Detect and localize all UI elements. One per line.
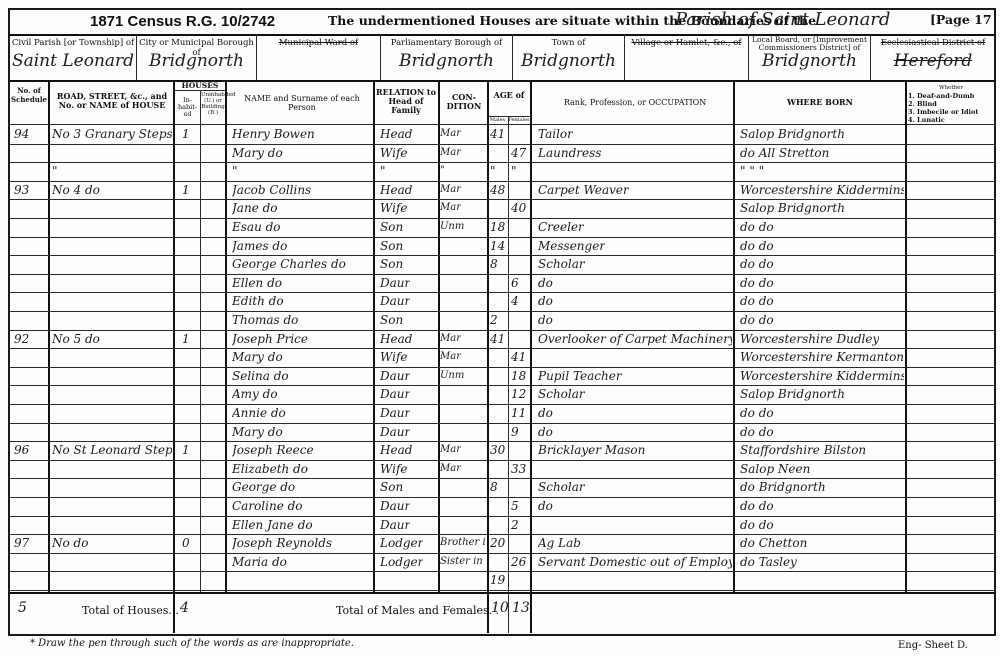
cell-born: Worcestershire Kermanton	[740, 347, 904, 367]
cell-relation: Wife	[380, 347, 408, 367]
cell-occupation: do	[538, 291, 553, 311]
cell-born: " " "	[740, 161, 764, 181]
boundary-label: Ecclesiastical District of	[871, 38, 995, 48]
parish-value: Parish of Saint Leonard	[675, 9, 890, 30]
cell-relation: Daur	[380, 496, 410, 516]
cell-relation: Lodger	[380, 552, 423, 572]
cell-born: Salop Bridgnorth	[740, 124, 845, 144]
total-schedules: 5	[18, 600, 27, 616]
boundary-label: Civil Parish [or Township] of	[10, 38, 136, 48]
cell-male-age: 30	[490, 440, 505, 460]
cell-occupation: Carpet Weaver	[538, 180, 629, 200]
cell-condition: Sister in Law	[440, 552, 486, 572]
cell-male-age: 48	[490, 180, 505, 200]
cell-born: do Bridgnorth	[740, 477, 826, 497]
cell-condition: Mar	[440, 329, 461, 349]
cell-schedule: 94	[14, 124, 29, 144]
cell-schedule: 97	[14, 533, 29, 553]
cell-name: Elizabeth do	[232, 459, 308, 479]
cell-born: Worcestershire Dudley	[740, 329, 879, 349]
cell-relation: Daur	[380, 422, 410, 442]
cell-name: Mary do	[232, 347, 283, 367]
cell-male-age: 18	[490, 217, 505, 237]
cell-name: George do	[232, 477, 295, 497]
cell-female-age: 6	[511, 273, 519, 293]
cell-female-age: 18	[511, 366, 526, 386]
cell-female-age: 4	[511, 291, 519, 311]
boundary-ward: Municipal Ward of	[257, 38, 380, 80]
cell-occupation: Ag Lab	[538, 533, 581, 553]
col-header-age: AGE of	[488, 91, 530, 100]
cell-occupation: Scholar	[538, 477, 585, 497]
cell-relation: Daur	[380, 291, 410, 311]
col-header-females: Females	[508, 117, 530, 124]
cell-male-age: 8	[490, 254, 498, 274]
cell-relation: Head	[380, 124, 412, 144]
cell-relation: Daur	[380, 366, 410, 386]
col-header-houses: HOUSES	[175, 81, 225, 90]
cell-name: Caroline do	[232, 496, 303, 516]
cell-female-age: 5	[511, 496, 519, 516]
cell-name: Mary do	[232, 143, 283, 163]
cell-occupation: Messenger	[538, 236, 605, 256]
row-rule	[10, 423, 994, 424]
col-header-males: Males	[487, 117, 508, 124]
cell-road: No St Leonard Steps	[52, 440, 172, 460]
cell-condition: Mar	[440, 459, 461, 479]
total-persons-label: Total of Males and Females. .	[336, 604, 499, 617]
cell-name: Jane do	[232, 198, 278, 218]
col-header-uninhabited: Uninhabited (U.) or Building (B.)	[201, 92, 225, 116]
rule	[8, 80, 996, 82]
cell-condition: Mar	[440, 124, 461, 144]
row-rule	[10, 590, 994, 591]
row-rule	[10, 144, 994, 145]
cell-road: No 4 do	[52, 180, 100, 200]
cell-male-age: 41	[490, 329, 505, 349]
cell-name: Ellen do	[232, 273, 282, 293]
cell-condition: Unm	[440, 217, 464, 237]
total-houses-label: Total of Houses. .	[82, 604, 179, 617]
col-header-occupation: Rank, Profession, or OCCUPATION	[540, 98, 730, 107]
cell-female-age: 12	[511, 384, 526, 404]
boundary-local-board: Local Board, or [Improvement Commissione…	[749, 36, 870, 80]
boundary-borough: City or Municipal Borough of Bridgnorth	[137, 38, 256, 80]
cell-female-age: 26	[511, 552, 526, 572]
cell-road: No do	[52, 533, 88, 553]
row-rule	[10, 311, 994, 312]
cell-born: do do	[740, 496, 774, 516]
cell-female-age: 41	[511, 347, 526, 367]
cell-name: Joseph Reece	[232, 440, 314, 460]
cell-condition: Unm	[440, 366, 464, 386]
whether-title: Whether	[908, 84, 994, 92]
cell-relation: Wife	[380, 143, 408, 163]
cell-born: Worcestershire Kidderminster	[740, 366, 904, 386]
col-header-condition: CON-DITION	[442, 93, 486, 111]
cell-occupation: do	[538, 422, 553, 442]
cell-condition: Mar	[440, 198, 461, 218]
cell-relation: Son	[380, 217, 403, 237]
boundary-label: Municipal Ward of	[257, 38, 380, 48]
cell-road: No 3 Granary Steps	[52, 124, 172, 144]
row-rule	[10, 460, 994, 461]
row-rule	[10, 553, 994, 554]
cell-relation: Son	[380, 254, 403, 274]
row-rule	[10, 404, 994, 405]
row-rule	[10, 292, 994, 293]
boundary-label: Local Board, or [Improvement Commissione…	[749, 36, 870, 52]
cell-born: do do	[740, 291, 774, 311]
cell-name: Joseph Price	[232, 329, 308, 349]
col-header-whether: Whether 1. Deaf-and-Dumb 2. Blind 3. Imb…	[908, 84, 994, 124]
whether-item: 2. Blind	[908, 100, 994, 108]
cell-female-age: 9	[511, 422, 519, 442]
cell-born: do do	[740, 236, 774, 256]
cell-born: do do	[740, 403, 774, 423]
cell-inhabited: 1	[182, 124, 190, 144]
boundary-value: Bridgnorth	[749, 56, 870, 66]
boundary-ecclesiastical: Ecclesiastical District of Hereford	[871, 38, 995, 80]
cell-relation: Son	[380, 310, 403, 330]
boundary-value: Hereford	[871, 56, 995, 66]
cell-relation: "	[380, 161, 386, 181]
cell-occupation: Bricklayer Mason	[538, 440, 645, 460]
whether-item: 1. Deaf-and-Dumb	[908, 92, 994, 100]
cell-relation: Son	[380, 236, 403, 256]
cell-female-age: 47	[511, 143, 526, 163]
cell-female-age: 40	[511, 198, 526, 218]
cell-name: Maria do	[232, 552, 287, 572]
cell-condition: Brother in Law	[440, 533, 486, 553]
cell-name: James do	[232, 236, 287, 256]
cell-occupation: do	[538, 403, 553, 423]
cell-inhabited: 1	[182, 180, 190, 200]
cell-born: Salop Bridgnorth	[740, 198, 845, 218]
cell-name: Henry Bowen	[232, 124, 315, 144]
row-rule	[10, 516, 994, 517]
total-males: 10	[491, 600, 509, 616]
col-header-road: ROAD, STREET, &c., and No. or NAME of HO…	[52, 92, 172, 110]
cell-relation: Daur	[380, 273, 410, 293]
cell-relation: Daur	[380, 515, 410, 535]
rule	[8, 592, 996, 594]
boundary-civil-parish: Civil Parish [or Township] of Saint Leon…	[10, 38, 136, 80]
col-header-relation: RELATION to Head of Family	[376, 88, 436, 115]
cell-female-age: 11	[511, 403, 526, 423]
cell-name: Joseph Reynolds	[232, 533, 332, 553]
row-rule	[10, 162, 994, 163]
cell-condition: Mar	[440, 180, 461, 200]
cell-inhabited: 0	[182, 533, 190, 553]
cell-occupation: do	[538, 273, 553, 293]
cell-male-age: 19	[490, 570, 505, 590]
footer-note: * Draw the pen through such of the words…	[30, 638, 354, 649]
cell-born: do All Stretton	[740, 143, 829, 163]
boundary-village: Village or Hamlet, &c., of	[625, 38, 748, 80]
boundary-label: Parliamentary Borough of	[381, 38, 512, 48]
census-page: 1871 Census R.G. 10/2742 The undermentio…	[0, 0, 1000, 656]
cell-relation: Wife	[380, 459, 408, 479]
cell-name: "	[232, 161, 238, 181]
col-header-born: WHERE BORN	[740, 98, 900, 107]
cell-occupation: Scholar	[538, 384, 585, 404]
cell-road: No 5 do	[52, 329, 100, 349]
col-header-name: NAME and Surname of each Person	[232, 94, 372, 112]
cell-born: do Tasley	[740, 552, 797, 572]
cell-male-age: 20	[490, 533, 505, 553]
row-rule	[10, 274, 994, 275]
boundary-town: Town of Bridgnorth	[513, 38, 624, 80]
cell-born: do do	[740, 217, 774, 237]
cell-born: do Chetton	[740, 533, 807, 553]
cell-occupation: do	[538, 310, 553, 330]
cell-occupation: Scholar	[538, 254, 585, 274]
cell-born: Salop Bridgnorth	[740, 384, 845, 404]
cell-female-age: "	[511, 161, 517, 181]
cell-relation: Head	[380, 329, 412, 349]
cell-schedule: 93	[14, 180, 29, 200]
boundary-value: Bridgnorth	[381, 56, 512, 66]
cell-inhabited: 1	[182, 329, 190, 349]
cell-born: Staffordshire Bilston	[740, 440, 866, 460]
cell-born: do do	[740, 273, 774, 293]
total-houses-value: 4	[180, 600, 189, 616]
cell-occupation: Servant Domestic out of Employ	[538, 552, 732, 572]
total-females: 13	[512, 600, 530, 616]
boundary-label: Town of	[513, 38, 624, 48]
boundary-value: Saint Leonard	[10, 56, 136, 66]
col-header-inhabited: In-habit-ed	[175, 97, 200, 118]
cell-condition: "	[440, 161, 445, 181]
boundary-label: Village or Hamlet, &c., of	[625, 38, 748, 48]
cell-name: Annie do	[232, 403, 286, 423]
cell-condition: Mar	[440, 347, 461, 367]
cell-male-age: 8	[490, 477, 498, 497]
cell-name: Esau do	[232, 217, 281, 237]
cell-born: do do	[740, 254, 774, 274]
cell-male-age: 41	[490, 124, 505, 144]
cell-schedule: 92	[14, 329, 29, 349]
cell-female-age: 2	[511, 515, 519, 535]
cell-name: Selina do	[232, 366, 289, 386]
cell-occupation: Overlooker of Carpet Machinery	[538, 329, 732, 349]
cell-relation: Daur	[380, 384, 410, 404]
cell-relation: Son	[380, 477, 403, 497]
cell-name: Mary do	[232, 422, 283, 442]
row-rule	[10, 478, 994, 479]
cell-name: Thomas do	[232, 310, 298, 330]
cell-inhabited: 1	[182, 440, 190, 460]
page-number: [Page 17	[930, 12, 992, 27]
row-rule	[10, 497, 994, 498]
col-header-schedule: No. of Schedule	[10, 86, 48, 104]
boundary-value: Bridgnorth	[513, 56, 624, 66]
boundary-value: Bridgnorth	[137, 56, 256, 66]
cell-condition: Mar	[440, 440, 461, 460]
cell-male-age: 2	[490, 310, 498, 330]
cell-female-age: 33	[511, 459, 526, 479]
cell-name: Ellen Jane do	[232, 515, 313, 535]
census-title: 1871 Census R.G. 10/2742	[90, 13, 275, 30]
cell-born: do do	[740, 310, 774, 330]
cell-male-age: 14	[490, 236, 505, 256]
cell-condition: Mar	[440, 143, 461, 163]
cell-born: Worcestershire Kidderminster	[740, 180, 904, 200]
rule	[175, 90, 225, 91]
cell-born: Salop Neen	[740, 459, 810, 479]
footer-sheet: Eng- Sheet D.	[898, 640, 968, 651]
whether-item: 4. Lunatic	[908, 116, 994, 124]
cell-born: do do	[740, 515, 774, 535]
divider	[508, 116, 509, 633]
cell-name: Edith do	[232, 291, 284, 311]
cell-relation: Daur	[380, 403, 410, 423]
cell-name: Jacob Collins	[232, 180, 311, 200]
cell-occupation: do	[538, 496, 553, 516]
cell-relation: Head	[380, 180, 412, 200]
whether-item: 3. Imbecile or Idiot	[908, 108, 994, 116]
cell-occupation: Tailor	[538, 124, 573, 144]
cell-occupation: Creeler	[538, 217, 584, 237]
cell-relation: Lodger	[380, 533, 423, 553]
cell-occupation: Laundress	[538, 143, 601, 163]
cell-occupation: Pupil Teacher	[538, 366, 622, 386]
cell-relation: Head	[380, 440, 412, 460]
cell-name: Amy do	[232, 384, 278, 404]
cell-road: "	[52, 161, 58, 181]
cell-relation: Wife	[380, 198, 408, 218]
cell-name: George Charles do	[232, 254, 346, 274]
boundary-parliamentary: Parliamentary Borough of Bridgnorth	[381, 38, 512, 80]
cell-born: do do	[740, 422, 774, 442]
cell-male-age: "	[490, 161, 496, 181]
cell-schedule: 96	[14, 440, 29, 460]
